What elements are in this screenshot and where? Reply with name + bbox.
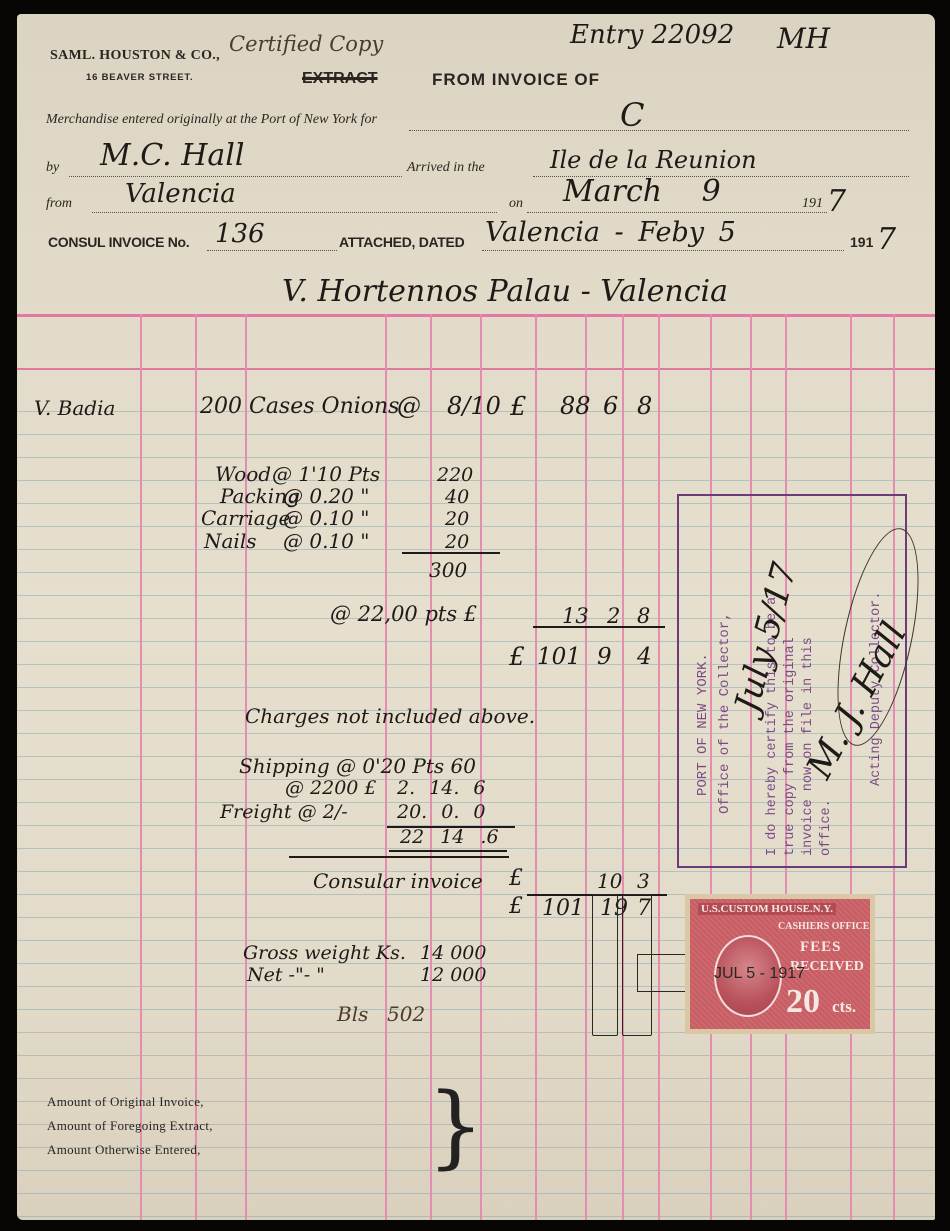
cancel-mark-bar (592, 894, 618, 1036)
revenue-stamp-unit: cts. (832, 997, 856, 1017)
net-weight-label: Net -"- " (247, 964, 325, 986)
packing-rate: @ 1'10 Pts (272, 462, 380, 486)
packing-amount: 220 (437, 464, 473, 486)
charges-total: 22 14 .6 (400, 826, 499, 848)
merchandise-value: C (620, 96, 644, 134)
stamp-cert-line-2: true copy from the original (783, 637, 798, 856)
subtotal-pence: 4 (637, 644, 652, 670)
gross-weight-value: 14 000 (420, 942, 486, 964)
grand-total-pounds: 101 (542, 896, 584, 921)
shipping-charge-value: 2. 14. 6 (397, 777, 486, 799)
freight-charge-value: 20. 0. 0 (397, 801, 486, 823)
packing-total: 300 (429, 558, 467, 582)
bales-label: Bls (337, 1002, 368, 1026)
entry-number: Entry 22092 (570, 20, 734, 50)
by-value: M.C. Hall (100, 138, 244, 173)
certified-copy-note: Certified Copy (229, 32, 383, 56)
consular-currency: £ (509, 866, 523, 891)
by-field-line (69, 176, 402, 177)
main-item-pence: 8 (637, 392, 652, 420)
cancel-date-postmark: JUL 5 - 1917 (714, 965, 805, 983)
stamp-port-line: PORT OF NEW YORK. (695, 653, 711, 796)
revenue-stamp-office: CASHIERS OFFICE (778, 921, 869, 932)
pink-rule-top (17, 314, 935, 317)
main-item-description: 200 Cases Onions (200, 394, 399, 419)
from-field-line (92, 212, 497, 213)
packing-item: Carriage (201, 506, 290, 530)
shipping-conversion: @ 2200 £ (285, 777, 377, 799)
charges-double-rule (389, 850, 507, 852)
consul-invoice-label: CONSUL INVOICE No. (48, 234, 189, 250)
attached-field-line (482, 250, 844, 251)
struck-extract-word: EXTRACT (302, 70, 378, 88)
company-name: SAML. HOUSTON & CO., (50, 48, 220, 64)
grand-total-currency: £ (509, 894, 523, 919)
merchandise-field-line (409, 130, 909, 131)
customs-revenue-stamp: U.S.CUSTOM HOUSE.N.Y. CASHIERS OFFICE FE… (685, 894, 875, 1034)
consul-field-line (207, 250, 337, 251)
company-address: 16 BEAVER STREET. (86, 72, 193, 83)
stamp-cert-line-4: office. (819, 799, 834, 856)
original-invoice-amount-label: Amount of Original Invoice, (47, 1094, 204, 1110)
main-item-pounds: 88 (560, 392, 591, 420)
main-item-shillings: 6 (603, 392, 618, 420)
revenue-stamp-fees: FEES (800, 939, 842, 956)
packing-amount: 40 (445, 486, 469, 508)
column-rule (585, 314, 587, 1220)
column-rule (140, 314, 142, 1220)
conversion-rate: @ 22,00 pts £ (330, 602, 477, 626)
collector-certification-stamp: PORT OF NEW YORK. Office of the Collecto… (677, 494, 907, 868)
net-weight-value: 12 000 (420, 964, 486, 986)
document-title: FROM INVOICE OF (432, 70, 600, 90)
subtotal-shillings: 9 (597, 644, 612, 670)
column-rule (622, 314, 624, 1220)
packing-rate: @ 0.20 " (283, 484, 369, 508)
gross-weight-label: Gross weight Ks. (243, 942, 406, 964)
from-value: Valencia (125, 179, 236, 209)
entry-initials: MH (777, 22, 830, 55)
shipping-mark: V. Badia (34, 396, 115, 420)
subtotal-currency: £ (509, 642, 525, 671)
packing-item: Nails (204, 529, 256, 553)
consular-pence: 3 (637, 869, 650, 893)
attached-year-suffix: 7 (877, 222, 896, 257)
conversion-shillings: 2 (607, 604, 620, 628)
packing-amount: 20 (445, 508, 469, 530)
packing-item: Wood (215, 462, 271, 486)
attached-year-prefix: 191 (850, 234, 873, 250)
stamp-office-line: Office of the Collector, (717, 612, 733, 814)
amount-brace: } (427, 1082, 484, 1172)
consular-shillings: 10 (597, 869, 622, 893)
consul-invoice-number: 136 (215, 219, 265, 249)
invoice-document: SAML. HOUSTON & CO., 16 BEAVER STREET. C… (17, 14, 935, 1220)
consular-invoice-label: Consular invoice (313, 869, 483, 893)
conversion-pence: 8 (637, 604, 650, 628)
on-label: on (509, 196, 523, 212)
revenue-stamp-value: 20 (786, 983, 820, 1021)
merchandise-label: Merchandise entered originally at the Po… (46, 112, 377, 128)
shipping-charge-label: Shipping @ 0'20 Pts 60 (239, 754, 476, 778)
vessel-name: Ile de la Reunion (550, 146, 757, 174)
by-label: by (46, 160, 59, 176)
column-rule (195, 314, 197, 1220)
revenue-stamp-top: U.S.CUSTOM HOUSE.N.Y. (698, 903, 836, 915)
foregoing-extract-amount-label: Amount of Foregoing Extract, (47, 1118, 213, 1134)
on-field-line (527, 212, 827, 213)
packing-sum-rule (402, 552, 500, 554)
pink-rule-second (17, 368, 935, 370)
main-item-currency: £ (510, 392, 527, 422)
from-label: from (46, 196, 72, 212)
packing-rate: @ 0.10 " (283, 529, 369, 553)
freight-charge-label: Freight @ 2/- (220, 801, 348, 823)
main-item-at: @ (397, 392, 421, 420)
column-rule (535, 314, 537, 1220)
shipper-name: V. Hortennos Palau - Valencia (282, 274, 728, 309)
bales-value: 502 (387, 1002, 425, 1026)
attached-dated-label: ATTACHED, DATED (339, 234, 464, 250)
charges-double-rule-2 (289, 856, 509, 858)
on-year-suffix: 7 (827, 184, 846, 219)
packing-amount: 20 (445, 531, 469, 553)
charges-heading: Charges not included above. (245, 704, 535, 728)
otherwise-entered-amount-label: Amount Otherwise Entered, (47, 1142, 201, 1158)
main-item-rate: 8/10 (447, 392, 501, 420)
arrived-label: Arrived in the (407, 160, 485, 176)
conversion-pounds: 13 (562, 604, 589, 628)
attached-date: Valencia - Feby 5 (485, 217, 736, 248)
column-rule (658, 314, 660, 1220)
subtotal-pounds: 101 (537, 644, 581, 670)
arrival-date: March 9 (563, 174, 721, 209)
subtotal-rule (533, 626, 665, 628)
on-year-prefix: 191 (802, 196, 823, 212)
packing-rate: @ 0.10 " (283, 506, 369, 530)
